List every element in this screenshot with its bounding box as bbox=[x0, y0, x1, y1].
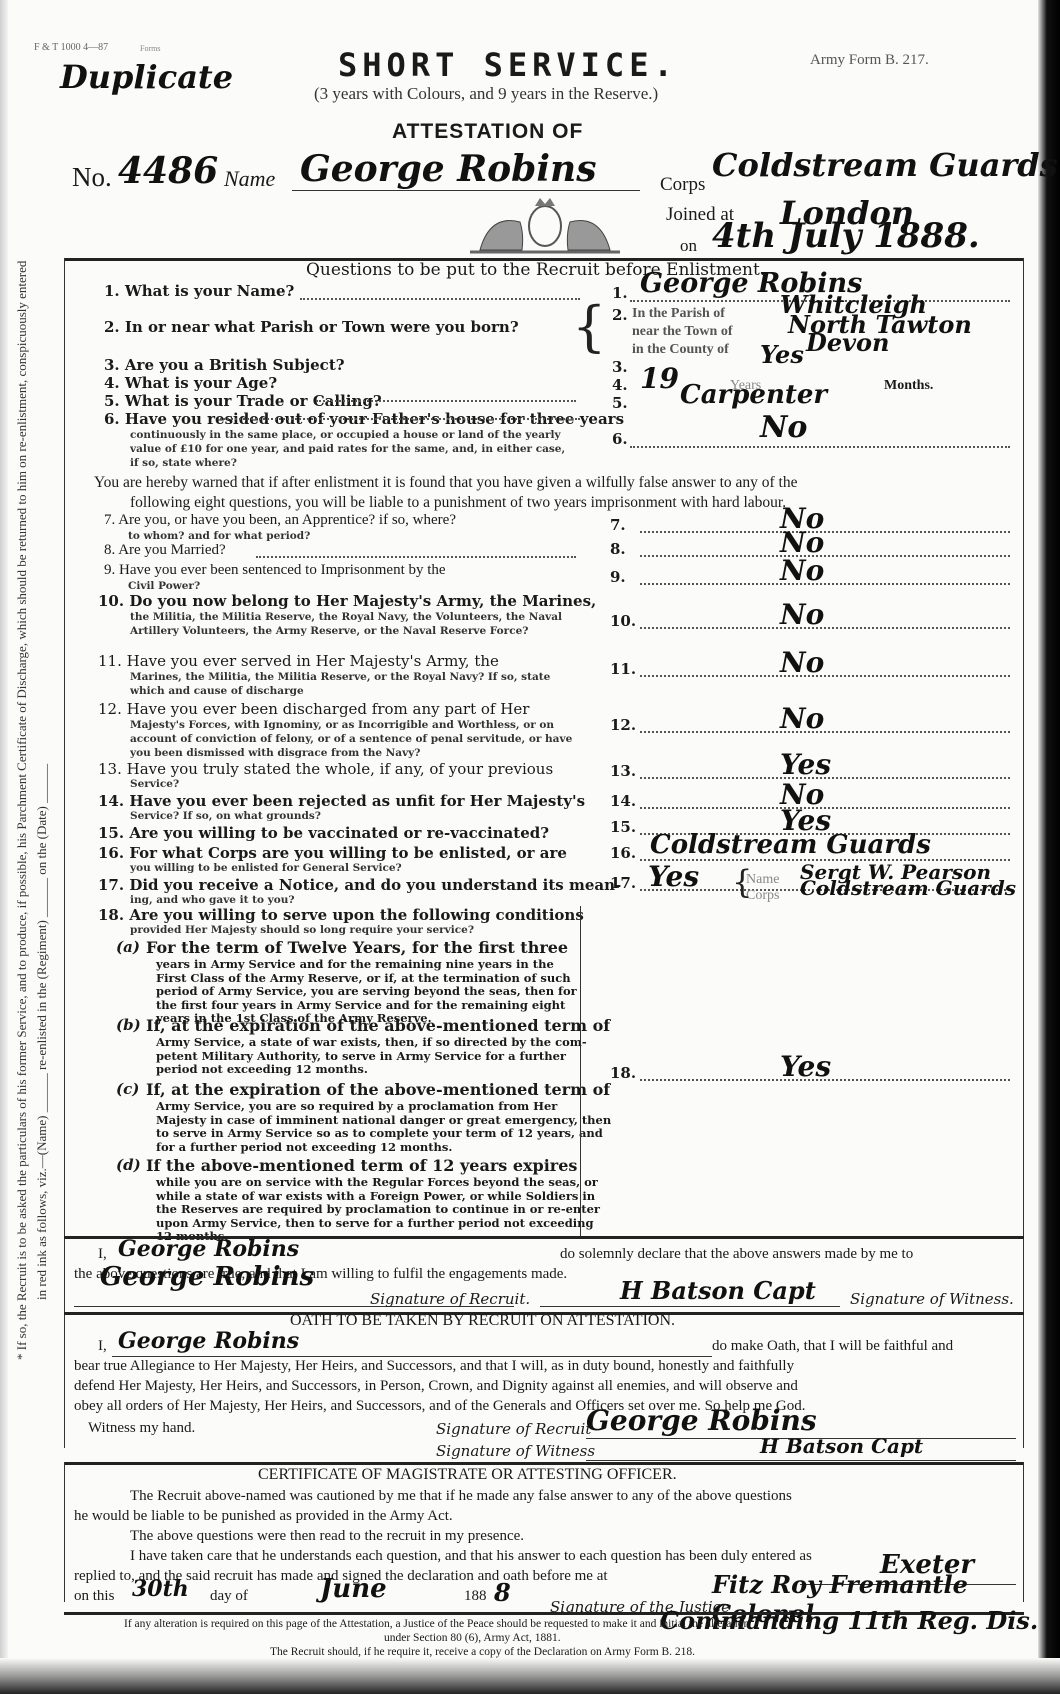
army-form-number: Army Form B. 217. bbox=[810, 52, 929, 69]
question-4: What is your Age? bbox=[125, 374, 277, 392]
footer-line1: If any alteration is required on this pa… bbox=[124, 1618, 749, 1630]
answer-5-trade: Carpenter bbox=[680, 380, 827, 410]
answer-9: No bbox=[780, 554, 824, 587]
oath-name: George Robins bbox=[118, 1328, 299, 1354]
joined-date: 4th July 1888. bbox=[712, 216, 980, 256]
question-2: In or near what Parish or Town were you … bbox=[125, 318, 519, 336]
answer-3: Yes bbox=[760, 340, 804, 369]
answer-4-age: 19 bbox=[640, 362, 679, 395]
number-label: No. bbox=[72, 162, 112, 193]
footer-line3: The Recruit should, if he require it, re… bbox=[270, 1646, 695, 1658]
answer-17: Yes bbox=[648, 860, 699, 893]
name-label: Name bbox=[224, 166, 275, 192]
answer-10: No bbox=[780, 598, 824, 631]
recruit-signature-oath: George Robins bbox=[586, 1404, 817, 1437]
form-title: SHORT SERVICE. bbox=[338, 46, 678, 84]
question-6-detail: continuously in the same place, or occup… bbox=[130, 428, 574, 470]
answer-11: No bbox=[780, 646, 824, 679]
oath-heading: OATH TO BE TAKEN BY RECRUIT ON ATTESTATI… bbox=[290, 1312, 675, 1330]
question-18: Are you willing to serve upon the follow… bbox=[129, 906, 583, 924]
question-3: Are you a British Subject? bbox=[125, 356, 345, 374]
question-8: Are you Married? bbox=[118, 542, 225, 558]
warning-line1: You are hereby warned that if after enli… bbox=[94, 474, 797, 492]
declaration-name: George Robins bbox=[118, 1236, 299, 1262]
attestation-day: 30th bbox=[132, 1576, 189, 1602]
attestation-month: June bbox=[320, 1574, 387, 1604]
recruit-name: George Robins bbox=[300, 148, 596, 190]
answer-16: Coldstream Guards bbox=[650, 830, 931, 860]
condition-b-heading: If, at the expiration of the above-menti… bbox=[146, 1016, 610, 1035]
footer-line2: under Section 80 (6), Army Act, 1881. bbox=[384, 1632, 561, 1644]
recruit-signature-declaration: George Robins bbox=[100, 1262, 314, 1292]
answer-6: No bbox=[760, 410, 807, 445]
corps-label: Corps bbox=[660, 174, 705, 196]
paper-edge-right bbox=[1038, 0, 1060, 1694]
condition-a-heading: For the term of Twelve Years, for the fi… bbox=[146, 938, 568, 957]
question-12: Have you ever been discharged from any p… bbox=[127, 700, 530, 718]
forms-reference: Forms bbox=[140, 44, 160, 53]
witness-signature-declaration: H Batson Capt bbox=[620, 1276, 816, 1305]
royal-crest-icon bbox=[460, 194, 630, 256]
answer-12: No bbox=[780, 702, 824, 735]
paper-edge-left bbox=[0, 0, 8, 1694]
question-7: Are you, or have you been, an Apprentice… bbox=[118, 512, 456, 528]
duplicate-mark: Duplicate bbox=[60, 58, 233, 96]
margin-note-line1: * If so, the Recruit is to be asked the … bbox=[14, 60, 30, 1360]
margin-note-line2: in red ink as follows, viz.—(Name) _____… bbox=[34, 100, 50, 1300]
form-subtitle: (3 years with Colours, and 9 years in th… bbox=[314, 84, 658, 104]
question-17: Did you receive a Notice, and do you und… bbox=[129, 876, 621, 894]
print-reference: F & T 1000 4—87 bbox=[34, 42, 108, 53]
paper-edge-bottom bbox=[0, 1658, 1060, 1694]
condition-a-label: (a) bbox=[116, 938, 140, 956]
on-label: on bbox=[680, 236, 697, 256]
oath-line2: defend Her Majesty, Her Heirs, and Succe… bbox=[74, 1378, 798, 1395]
answer-18: Yes bbox=[780, 1050, 831, 1083]
notice-corps: Coldstream Guards bbox=[800, 876, 1016, 900]
condition-c-heading: If, at the expiration of the above-menti… bbox=[146, 1080, 610, 1099]
attestation-document: * If so, the Recruit is to be asked the … bbox=[0, 0, 1060, 1694]
declaration-text1: do solemnly declare that the above answe… bbox=[560, 1246, 913, 1263]
condition-d-label: (d) bbox=[116, 1156, 141, 1174]
witness-signature-oath: H Batson Capt bbox=[760, 1434, 923, 1458]
question-10: Do you now belong to Her Majesty's Army,… bbox=[129, 592, 596, 610]
certificate-heading: CERTIFICATE OF MAGISTRATE OR ATTESTING O… bbox=[258, 1466, 677, 1484]
question-14: Have you ever been rejected as unfit for… bbox=[129, 792, 585, 810]
question-11: Have you ever served in Her Majesty's Ar… bbox=[127, 652, 499, 670]
condition-c-label: (c) bbox=[116, 1080, 139, 1098]
attestation-heading: ATTESTATION OF bbox=[392, 120, 583, 144]
question-9: Have you ever been sentenced to Imprison… bbox=[119, 562, 446, 578]
condition-b-label: (b) bbox=[116, 1016, 141, 1034]
service-number: 4486 bbox=[118, 150, 218, 192]
attestation-year: 8 bbox=[494, 1578, 511, 1607]
warning-line2: following eight questions, you will be l… bbox=[130, 494, 786, 512]
oath-line1: bear true Allegiance to Her Majesty, Her… bbox=[74, 1358, 794, 1375]
question-16: For what Corps are you willing to be enl… bbox=[129, 844, 567, 862]
question-15: Are you willing to be vaccinated or re-v… bbox=[129, 824, 549, 842]
question-13: Have you truly stated the whole, if any,… bbox=[127, 760, 554, 778]
answer-2-county: Devon bbox=[806, 328, 889, 357]
question-1: What is your Name? bbox=[125, 282, 294, 300]
corps-value: Coldstream Guards bbox=[712, 146, 1058, 184]
answer-13: Yes bbox=[780, 748, 831, 781]
condition-d-heading: If the above-mentioned term of 12 years … bbox=[146, 1156, 577, 1175]
